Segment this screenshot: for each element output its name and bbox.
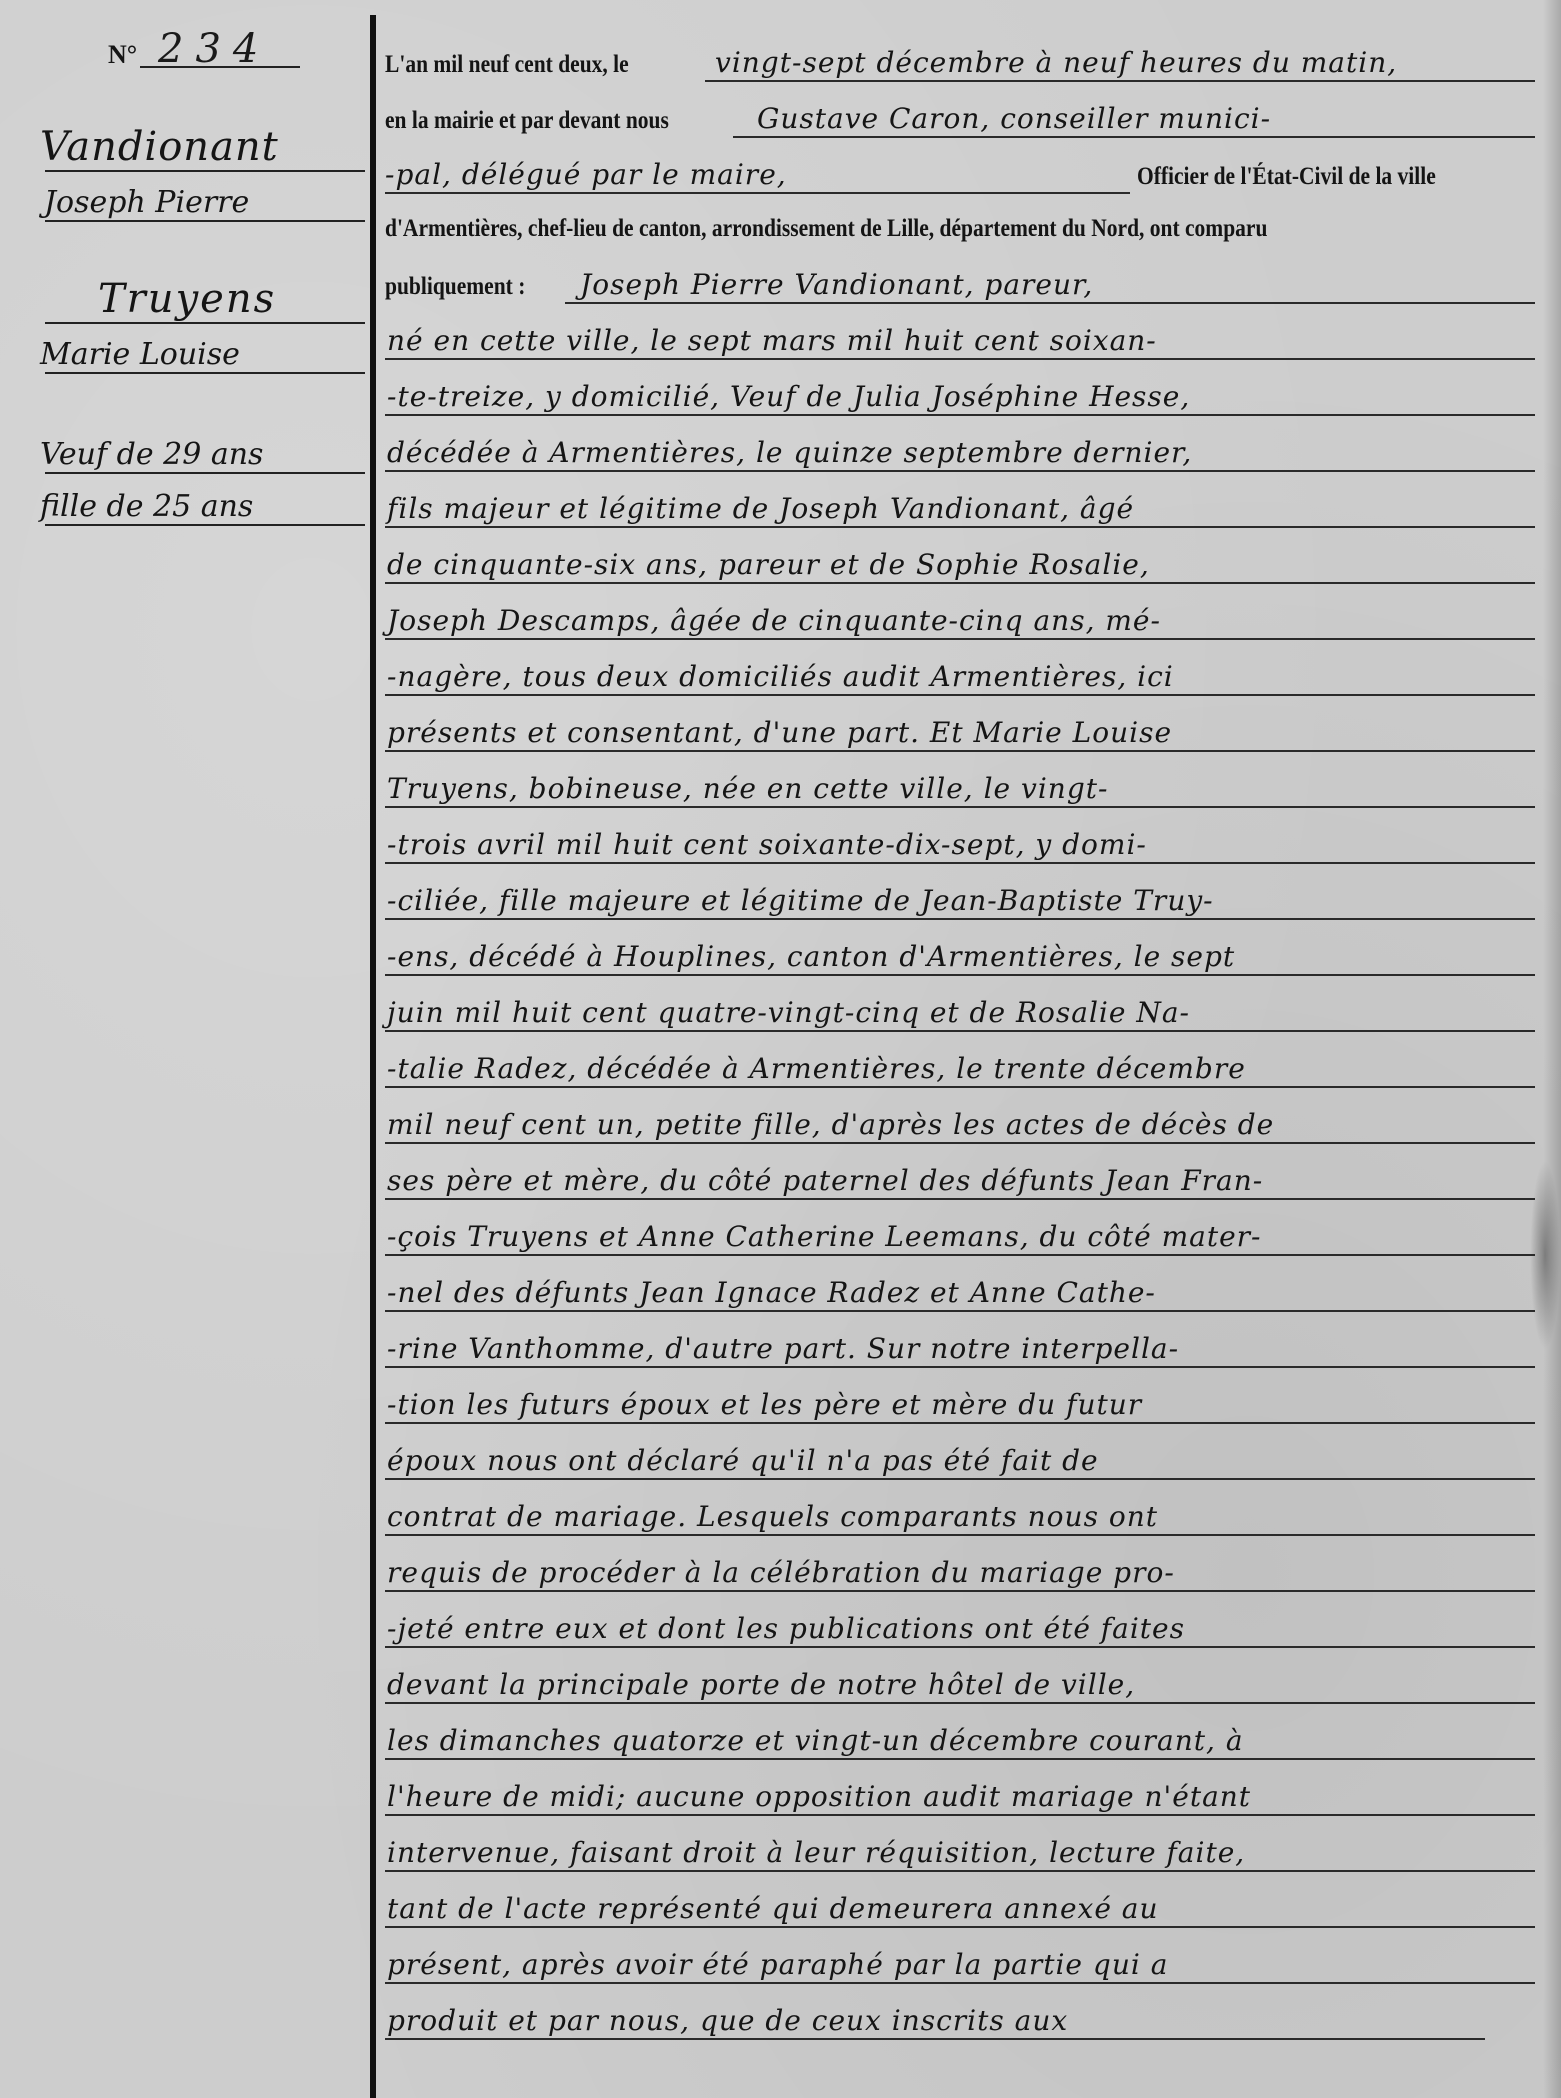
act-number-underline bbox=[140, 66, 300, 68]
body-line: contrat de mariage. Lesquels comparants … bbox=[385, 1488, 1535, 1544]
body-line: -trois avril mil huit cent soixante-dix-… bbox=[385, 816, 1535, 872]
body-line: fils majeur et légitime de Joseph Vandio… bbox=[385, 480, 1535, 536]
margin-bride-age-note: fille de 25 ans bbox=[40, 482, 365, 530]
register-page: N° 234 Vandionant Joseph Pierre Truyens … bbox=[0, 0, 1561, 2098]
body-line: -ciliée, fille majeure et légitime de Je… bbox=[385, 872, 1535, 928]
page-edge-shadow bbox=[1543, 0, 1561, 2098]
body-line: tant de l'acte représenté qui demeurera … bbox=[385, 1880, 1535, 1936]
margin-column: N° 234 Vandionant Joseph Pierre Truyens … bbox=[0, 0, 370, 2098]
body-line: Joseph Descamps, âgée de cinquante-cinq … bbox=[385, 592, 1535, 648]
body-line: devant la principale porte de notre hôte… bbox=[385, 1656, 1535, 1712]
body-line: -pal, délégué par le maire, Officier de … bbox=[385, 146, 1535, 202]
body-line: de cinquante-six ans, pareur et de Sophi… bbox=[385, 536, 1535, 592]
margin-bride-surname: Truyens bbox=[40, 280, 365, 328]
body-line: présents et consentant, d'une part. Et M… bbox=[385, 704, 1535, 760]
body-line: -nagère, tous deux domiciliés audit Arme… bbox=[385, 648, 1535, 704]
body-line: intervenue, faisant droit à leur réquisi… bbox=[385, 1824, 1535, 1880]
body-line: en la mairie et par devant nous Gustave … bbox=[385, 90, 1535, 146]
margin-groom-given-names: Joseph Pierre bbox=[40, 178, 365, 226]
body-line: ses père et mère, du côté paternel des d… bbox=[385, 1152, 1535, 1208]
body-line: d'Armentières, chef-lieu de canton, arro… bbox=[385, 198, 1535, 254]
body-line: -çois Truyens et Anne Catherine Leemans,… bbox=[385, 1208, 1535, 1264]
margin-groom-age-note: Veuf de 29 ans bbox=[40, 430, 365, 478]
body-line: Truyens, bobineuse, née en cette ville, … bbox=[385, 760, 1535, 816]
margin-divider-rule bbox=[370, 15, 376, 2098]
act-body: L'an mil neuf cent deux, le vingt-sept d… bbox=[385, 0, 1545, 2098]
body-line: produit et par nous, que de ceux inscrit… bbox=[385, 1992, 1535, 2048]
act-number-label: N° bbox=[108, 40, 137, 70]
body-line: présent, après avoir été paraphé par la … bbox=[385, 1936, 1535, 1992]
body-line: époux nous ont déclaré qu'il n'a pas été… bbox=[385, 1432, 1535, 1488]
body-line: -jeté entre eux et dont les publications… bbox=[385, 1600, 1535, 1656]
body-line: -tion les futurs époux et les père et mè… bbox=[385, 1376, 1535, 1432]
margin-groom-surname: Vandionant bbox=[40, 128, 365, 176]
body-line: requis de procéder à la célébration du m… bbox=[385, 1544, 1535, 1600]
body-line: l'heure de midi; aucune opposition audit… bbox=[385, 1768, 1535, 1824]
body-line: -te-treize, y domicilié, Veuf de Julia J… bbox=[385, 368, 1535, 424]
body-line: décédée à Armentières, le quinze septemb… bbox=[385, 424, 1535, 480]
body-line: les dimanches quatorze et vingt-un décem… bbox=[385, 1712, 1535, 1768]
body-line: -nel des défunts Jean Ignace Radez et An… bbox=[385, 1264, 1535, 1320]
body-line: juin mil huit cent quatre-vingt-cinq et … bbox=[385, 984, 1535, 1040]
body-line: mil neuf cent un, petite fille, d'après … bbox=[385, 1096, 1535, 1152]
margin-bride-given-names: Marie Louise bbox=[40, 330, 365, 378]
act-number: N° 234 bbox=[108, 28, 298, 68]
body-line: -ens, décédé à Houplines, canton d'Armen… bbox=[385, 928, 1535, 984]
body-line: L'an mil neuf cent deux, le vingt-sept d… bbox=[385, 34, 1535, 90]
body-line: né en cette ville, le sept mars mil huit… bbox=[385, 312, 1535, 368]
body-line: publiquement : Joseph Pierre Vandionant,… bbox=[385, 256, 1535, 312]
body-line: -rine Vanthomme, d'autre part. Sur notre… bbox=[385, 1320, 1535, 1376]
body-line: -talie Radez, décédée à Armentières, le … bbox=[385, 1040, 1535, 1096]
